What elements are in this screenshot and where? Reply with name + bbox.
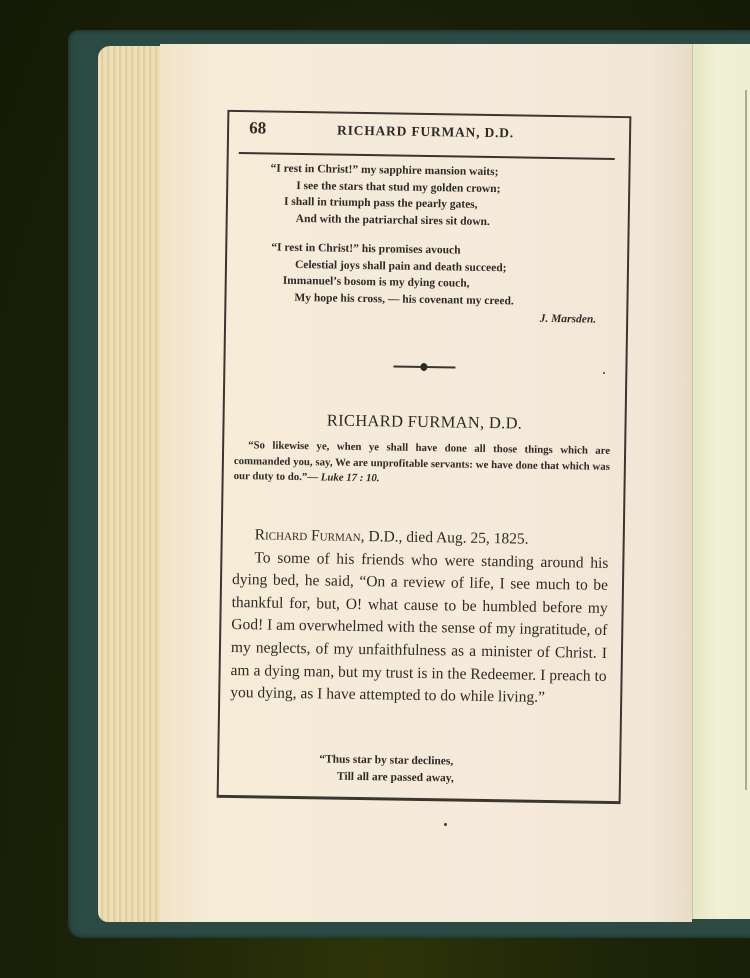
section-divider-ornament [393, 363, 455, 372]
subject-name: Richard Furman [255, 526, 361, 545]
page-number: 68 [249, 118, 266, 138]
ink-speck [444, 823, 447, 826]
poem-stanza-1: “I rest in Christ!” my sapphire mansion … [228, 160, 629, 232]
section-title: RICHARD FURMAN, D.D. [224, 409, 624, 435]
running-head: RICHARD FURMAN, D.D. [337, 123, 514, 142]
poem-stanza-2: “I rest in Christ!” his promises avouch … [226, 239, 627, 311]
facing-page-edge [692, 44, 750, 919]
epigraph-citation: Luke 17 : 10. [321, 471, 380, 484]
facing-page-rule [745, 90, 747, 790]
page-header: 68 RICHARD FURMAN, D.D. [241, 118, 615, 148]
text-frame: 68 RICHARD FURMAN, D.D. “I rest in Chris… [217, 110, 632, 804]
poem-attribution: J. Marsden. [540, 313, 597, 326]
epigraph: “So likewise ye, when ye shall have done… [234, 438, 611, 490]
closing-verse: “Thus star by star declines, Till all ar… [219, 750, 619, 790]
header-rule [239, 152, 615, 160]
body-paragraph: To some of his friends who were standing… [230, 547, 608, 711]
epigraph-text: “So likewise ye, when ye shall have done… [234, 439, 611, 483]
body-text: Richard Furman, D.D., died Aug. 25, 1825… [230, 524, 609, 711]
death-date: , D.D., died Aug. 25, 1825. [361, 528, 529, 548]
